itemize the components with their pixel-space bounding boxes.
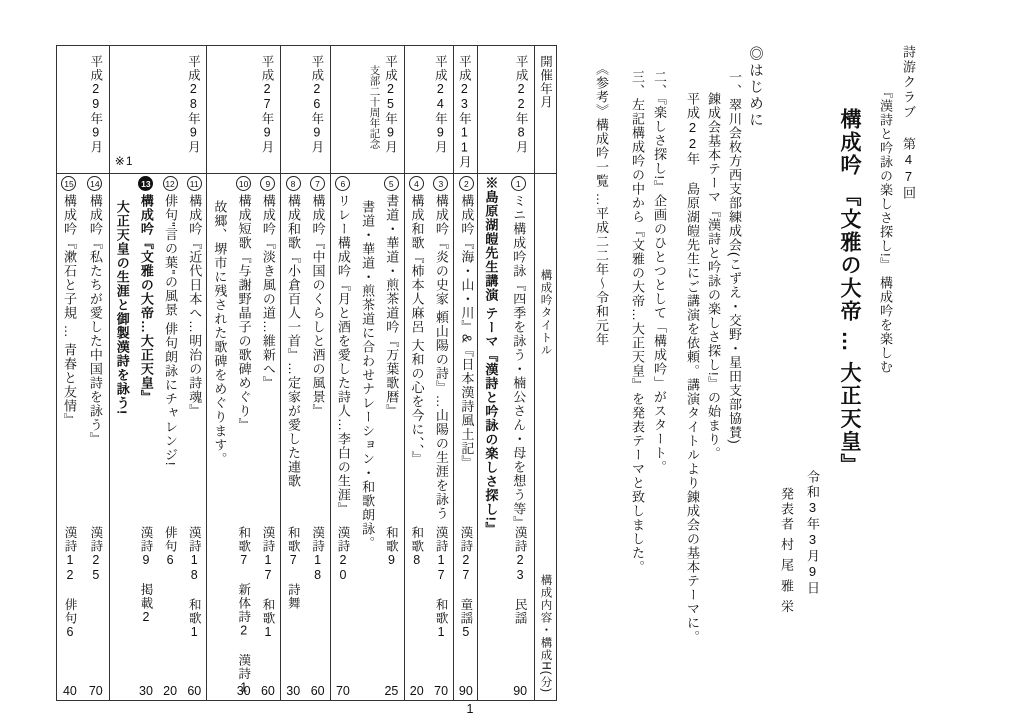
item-minutes: 40 [57, 684, 83, 698]
group-date: 平成25年9月 [382, 55, 400, 173]
item-minutes: 70 [429, 684, 453, 698]
item-categories: 俳句6 [161, 526, 179, 568]
item-number-badge: 1 [511, 176, 526, 191]
item-title: 構成和歌『柿本人麻呂 大和の心を今に、、』 [410, 194, 425, 466]
group-date: 平成22年8月 [512, 55, 530, 173]
item-minutes: 30 [232, 684, 256, 698]
item-title: 構成吟『淡き風の道…維新へ』 [261, 194, 276, 390]
table-group-h24: 平成24年9月 3構成吟『炎の史家 頼山陽の詩』…山陽の生涯を詠う 漢詩17 和… [404, 46, 454, 700]
item-minutes: 60 [182, 684, 206, 698]
group-body: 14構成吟『私たちが愛した中国詩を詠う』 漢詩25 70 15構成吟『漱石と子規… [57, 174, 109, 701]
item-title: 構成吟『文雅の大帝…大正天皇』 [139, 194, 154, 404]
item-title: 構成和歌『小倉百人一首』…定家が愛した連歌 [286, 194, 301, 488]
item-number-badge: 10 [236, 176, 251, 191]
program-note: 故郷、堺市に残された歌碑をめぐります。 [207, 174, 231, 701]
item-number-badge: 4 [409, 176, 424, 191]
item-minutes: 60 [305, 684, 329, 698]
group-date-cell: 平成26年9月 [281, 46, 330, 174]
item-title-line: 7構成吟『中国のくらしと酒の風景』 [305, 174, 329, 701]
intro-line-5: 三、左記構成吟の中から『文雅の大帝…大正天皇』を発表テーマと致しました。 [627, 70, 648, 574]
item-minutes: 30 [134, 684, 158, 698]
item-categories: 和歌7 詩舞 [284, 526, 302, 610]
item-title: 構成吟『近代日本へ…明治の詩魂』 [187, 194, 202, 418]
item-minutes: 20 [405, 684, 429, 698]
item-number-badge: 3 [433, 176, 448, 191]
group-date: 平成26年9月 [308, 55, 326, 173]
item-number-badge: 14 [87, 176, 102, 191]
program-item-highlight: 13構成吟『文雅の大帝…大正天皇』 漢詩9 掲載2 30 [134, 174, 158, 701]
program-item: 8構成和歌『小倉百人一首』…定家が愛した連歌 和歌7 詩舞 30 [281, 174, 305, 701]
item-categories: 漢詩25 [87, 526, 105, 583]
group-body: 1ミニ構成吟詠『四季を詠う・楠公さん・母を想う等』 漢詩23 民謡 90 ※島原… [478, 174, 534, 701]
note-text: 書道・華道・煎茶道に合わせナレーション・和歌朗詠。 [355, 174, 379, 701]
table-group-h26: 平成26年9月 7構成吟『中国のくらしと酒の風景』 漢詩18 60 8構成和歌『… [280, 46, 330, 700]
club-session-heading: 詩游クラブ 第47回 [898, 45, 919, 201]
item-title-line: 4構成和歌『柿本人麻呂 大和の心を今に、、』 [405, 174, 429, 701]
item-title-line: 12俳句"言の葉"の風景 俳句朗詠にチャレンジ! [158, 174, 182, 701]
theme-heading: 『漢詩と吟詠の楽しさ探し!』 構成吟を楽しむ [875, 85, 896, 374]
item-categories: 和歌7 新体詩2 漢詩1 [235, 526, 253, 696]
item-title-line: 14構成吟『私たちが愛した中国詩を詠う』 [83, 174, 107, 701]
group-date-cell: 平成22年8月 [478, 46, 534, 174]
item-categories: 漢詩27 童謡5 [457, 526, 475, 640]
item-number-badge: 5 [384, 176, 399, 191]
item-title-line: 6リレー構成吟『月と酒を愛した詩人…李白の生涯』 [331, 174, 355, 701]
item-title: 書道・華道・煎茶道吟『万葉歌暦』 [384, 194, 399, 418]
item-categories: 漢詩17 和歌1 [259, 526, 277, 640]
item-number-badge: 13 [138, 176, 153, 191]
group-date: 平成27年9月 [258, 55, 276, 173]
note-text: 大正天皇の生涯と御製漢詩を詠う! [110, 174, 134, 701]
header-date-label: 開催年月 [537, 55, 555, 173]
table-group-h22: 平成22年8月 1ミニ構成吟詠『四季を詠う・楠公さん・母を想う等』 漢詩23 民… [477, 46, 534, 700]
item-categories: 漢詩12 俳句6 [61, 526, 79, 640]
program-item: 1ミニ構成吟詠『四季を詠う・楠公さん・母を想う等』 漢詩23 民謡 90 [506, 174, 534, 701]
item-categories: 和歌8 [408, 526, 426, 568]
group-date-cell: 平成24年9月 [405, 46, 454, 174]
item-number-badge: 12 [163, 176, 178, 191]
group-subdate: 支部二十周年記念 [368, 55, 381, 173]
program-item: 6リレー構成吟『月と酒を愛した詩人…李白の生涯』 漢詩20 70 [331, 174, 355, 701]
program-item: 4構成和歌『柿本人麻呂 大和の心を今に、、』 和歌8 20 [405, 174, 429, 701]
table-group-h27: 平成27年9月 9構成吟『淡き風の道…維新へ』 漢詩17 和歌1 60 10構成… [206, 46, 280, 700]
presenter-name: 発表者 村 尾 雅 栄 [776, 487, 797, 614]
footnote-marker: ※1 [115, 154, 134, 168]
table-group-h25: 平成25年9月 支部二十周年記念 5書道・華道・煎茶道吟『万葉歌暦』 和歌9 2… [330, 46, 404, 700]
item-title-line: 5書道・華道・煎茶道吟『万葉歌暦』 [379, 174, 403, 701]
group-date: 平成23年11月 [455, 55, 473, 173]
item-minutes: 25 [379, 684, 403, 698]
group-body: 3構成吟『炎の史家 頼山陽の詩』…山陽の生涯を詠う 漢詩17 和歌1 70 4構… [405, 174, 454, 701]
program-note: ※島原湖皚先生講演 テーマ『漢詩と吟詠の楽しさ探し!』 [478, 174, 506, 701]
item-categories: 漢詩9 掲載2 [137, 526, 155, 625]
event-date: 令和3年3月9日 [802, 470, 823, 596]
group-date-cell: 平成25年9月 支部二十周年記念 [331, 46, 404, 174]
header-content-label: 構成内容・構成H(分) [538, 574, 554, 693]
page-number: 1 [455, 702, 485, 716]
program-item: 9構成吟『淡き風の道…維新へ』 漢詩17 和歌1 60 [256, 174, 280, 701]
note-text: ※島原湖皚先生講演 テーマ『漢詩と吟詠の楽しさ探し!』 [478, 174, 502, 701]
group-date: 平成24年9月 [431, 55, 449, 173]
program-item: 10構成短歌『与謝野晶子の歌碑めぐり』 和歌7 新体詩2 漢詩1 30 [232, 174, 256, 701]
item-title: 構成吟『海・山・川』&『日本漢詩風土記』 [459, 194, 474, 470]
table-header-column: 開催年月 構成吟タイトル 構成内容・構成H(分) [534, 46, 556, 700]
item-title: リレー構成吟『月と酒を愛した詩人…李白の生涯』 [336, 194, 351, 516]
group-body: 9構成吟『淡き風の道…維新へ』 漢詩17 和歌1 60 10構成短歌『与謝野晶子… [207, 174, 280, 701]
item-number-badge: 9 [260, 176, 275, 191]
program-note: 書道・華道・煎茶道に合わせナレーション・和歌朗詠。 [355, 174, 379, 701]
item-categories: 漢詩17 和歌1 [432, 526, 450, 640]
table-group-h29: 平成29年9月 14構成吟『私たちが愛した中国詩を詠う』 漢詩25 70 15構… [57, 46, 109, 700]
program-item: 2構成吟『海・山・川』&『日本漢詩風土記』 漢詩27 童謡5 90 [454, 174, 477, 701]
program-table: 開催年月 構成吟タイトル 構成内容・構成H(分) 平成22年8月 1ミニ構成吟詠… [56, 45, 557, 701]
intro-line-1: 一、翠川会枚方西支部練成会(こずえ・交野・星田支部協賛) [724, 70, 745, 445]
header-body-cell: 構成吟タイトル 構成内容・構成H(分) [535, 174, 556, 701]
program-item: 14構成吟『私たちが愛した中国詩を詠う』 漢詩25 70 [83, 174, 109, 701]
group-date: 平成28年9月 [184, 55, 202, 173]
main-title: 構成吟 『文雅の大帝 … 大正天皇』 [830, 108, 868, 477]
item-minutes: 90 [454, 684, 477, 698]
item-minutes: 90 [506, 684, 534, 698]
reference-line: 《参考》構成吟一覧 …平成二二年〜令和元年 [591, 62, 612, 347]
item-number-badge: 11 [187, 176, 202, 191]
item-number-badge: 8 [286, 176, 301, 191]
document-page: 詩游クラブ 第47回 『漢詩と吟詠の楽しさ探し!』 構成吟を楽しむ 構成吟 『文… [0, 0, 1024, 724]
program-item: 15構成吟『漱石と子規 … 青春と友情』 漢詩12 俳句6 40 [57, 174, 83, 701]
item-title: 構成短歌『与謝野晶子の歌碑めぐり』 [237, 194, 252, 432]
program-item: 11構成吟『近代日本へ…明治の詩魂』 漢詩18 和歌1 60 [182, 174, 206, 701]
item-number-badge: 15 [61, 176, 76, 191]
item-title: 俳句"言の葉"の風景 俳句朗詠にチャレンジ! [163, 194, 178, 466]
group-date-cell: 平成23年11月 [454, 46, 477, 174]
item-title: 構成吟『漱石と子規 … 青春と友情』 [62, 194, 77, 427]
item-minutes: 30 [281, 684, 305, 698]
program-item: 3構成吟『炎の史家 頼山陽の詩』…山陽の生涯を詠う 漢詩17 和歌1 70 [429, 174, 453, 701]
header-date-cell: 開催年月 [535, 46, 556, 174]
item-categories: 漢詩23 民謡 [511, 526, 529, 625]
group-date-cell: 平成28年9月 ※1 [110, 46, 207, 174]
intro-line-3: 平成22年 島原湖皚先生にご講演を依頼。講演タイトルより錬成会の基本テーマに。 [682, 92, 703, 644]
group-date-cell: 平成27年9月 [207, 46, 280, 174]
item-minutes: 60 [256, 684, 280, 698]
note-text: 故郷、堺市に残された歌碑をめぐります。 [207, 174, 231, 701]
item-title: 構成吟『中国のくらしと酒の風景』 [310, 194, 325, 418]
program-item: 12俳句"言の葉"の風景 俳句朗詠にチャレンジ! 俳句6 20 [158, 174, 182, 701]
item-minutes: 70 [83, 684, 109, 698]
intro-line-4: 二、『楽しさ探し!』企画のひとつとして「構成吟」がスタート。 [649, 70, 670, 474]
program-item: 5書道・華道・煎茶道吟『万葉歌暦』 和歌9 25 [379, 174, 403, 701]
item-title: ミニ構成吟詠『四季を詠う・楠公さん・母を想う等』 [511, 194, 526, 530]
item-minutes: 20 [158, 684, 182, 698]
item-number-badge: 6 [335, 176, 350, 191]
program-item: 7構成吟『中国のくらしと酒の風景』 漢詩18 60 [305, 174, 329, 701]
item-title: 構成吟『炎の史家 頼山陽の詩』…山陽の生涯を詠う [434, 194, 449, 521]
item-categories: 漢詩20 [334, 526, 352, 583]
program-note: 大正天皇の生涯と御製漢詩を詠う! [110, 174, 134, 701]
item-categories: 漢詩18 [309, 526, 327, 583]
header-title-label: 構成吟タイトル [538, 269, 554, 357]
item-title-line: 8構成和歌『小倉百人一首』…定家が愛した連歌 [281, 174, 305, 701]
item-title: 構成吟『私たちが愛した中国詩を詠う』 [88, 194, 103, 446]
item-number-badge: 2 [459, 176, 474, 191]
group-body: 2構成吟『海・山・川』&『日本漢詩風土記』 漢詩27 童謡5 90 [454, 174, 477, 701]
table-group-h28: 平成28年9月 ※1 11構成吟『近代日本へ…明治の詩魂』 漢詩18 和歌1 6… [109, 46, 207, 700]
intro-heading: ◎はじめに [744, 46, 765, 129]
item-categories: 和歌9 [382, 526, 400, 568]
group-body: 5書道・華道・煎茶道吟『万葉歌暦』 和歌9 25 書道・華道・煎茶道に合わせナレ… [331, 174, 404, 701]
item-minutes: 70 [331, 684, 355, 698]
group-date-cell: 平成29年9月 [57, 46, 109, 174]
group-body: 7構成吟『中国のくらしと酒の風景』 漢詩18 60 8構成和歌『小倉百人一首』…… [281, 174, 330, 701]
item-number-badge: 7 [310, 176, 325, 191]
intro-line-2: 錬成会基本テーマ『漢詩と吟詠の楽しさ探し!』の始まり。 [703, 92, 724, 461]
item-categories: 漢詩18 和歌1 [185, 526, 203, 640]
table-group-h23: 平成23年11月 2構成吟『海・山・川』&『日本漢詩風土記』 漢詩27 童謡5 … [453, 46, 477, 700]
group-date: 平成29年9月 [87, 55, 105, 173]
group-body: 11構成吟『近代日本へ…明治の詩魂』 漢詩18 和歌1 60 12俳句"言の葉"… [110, 174, 207, 701]
